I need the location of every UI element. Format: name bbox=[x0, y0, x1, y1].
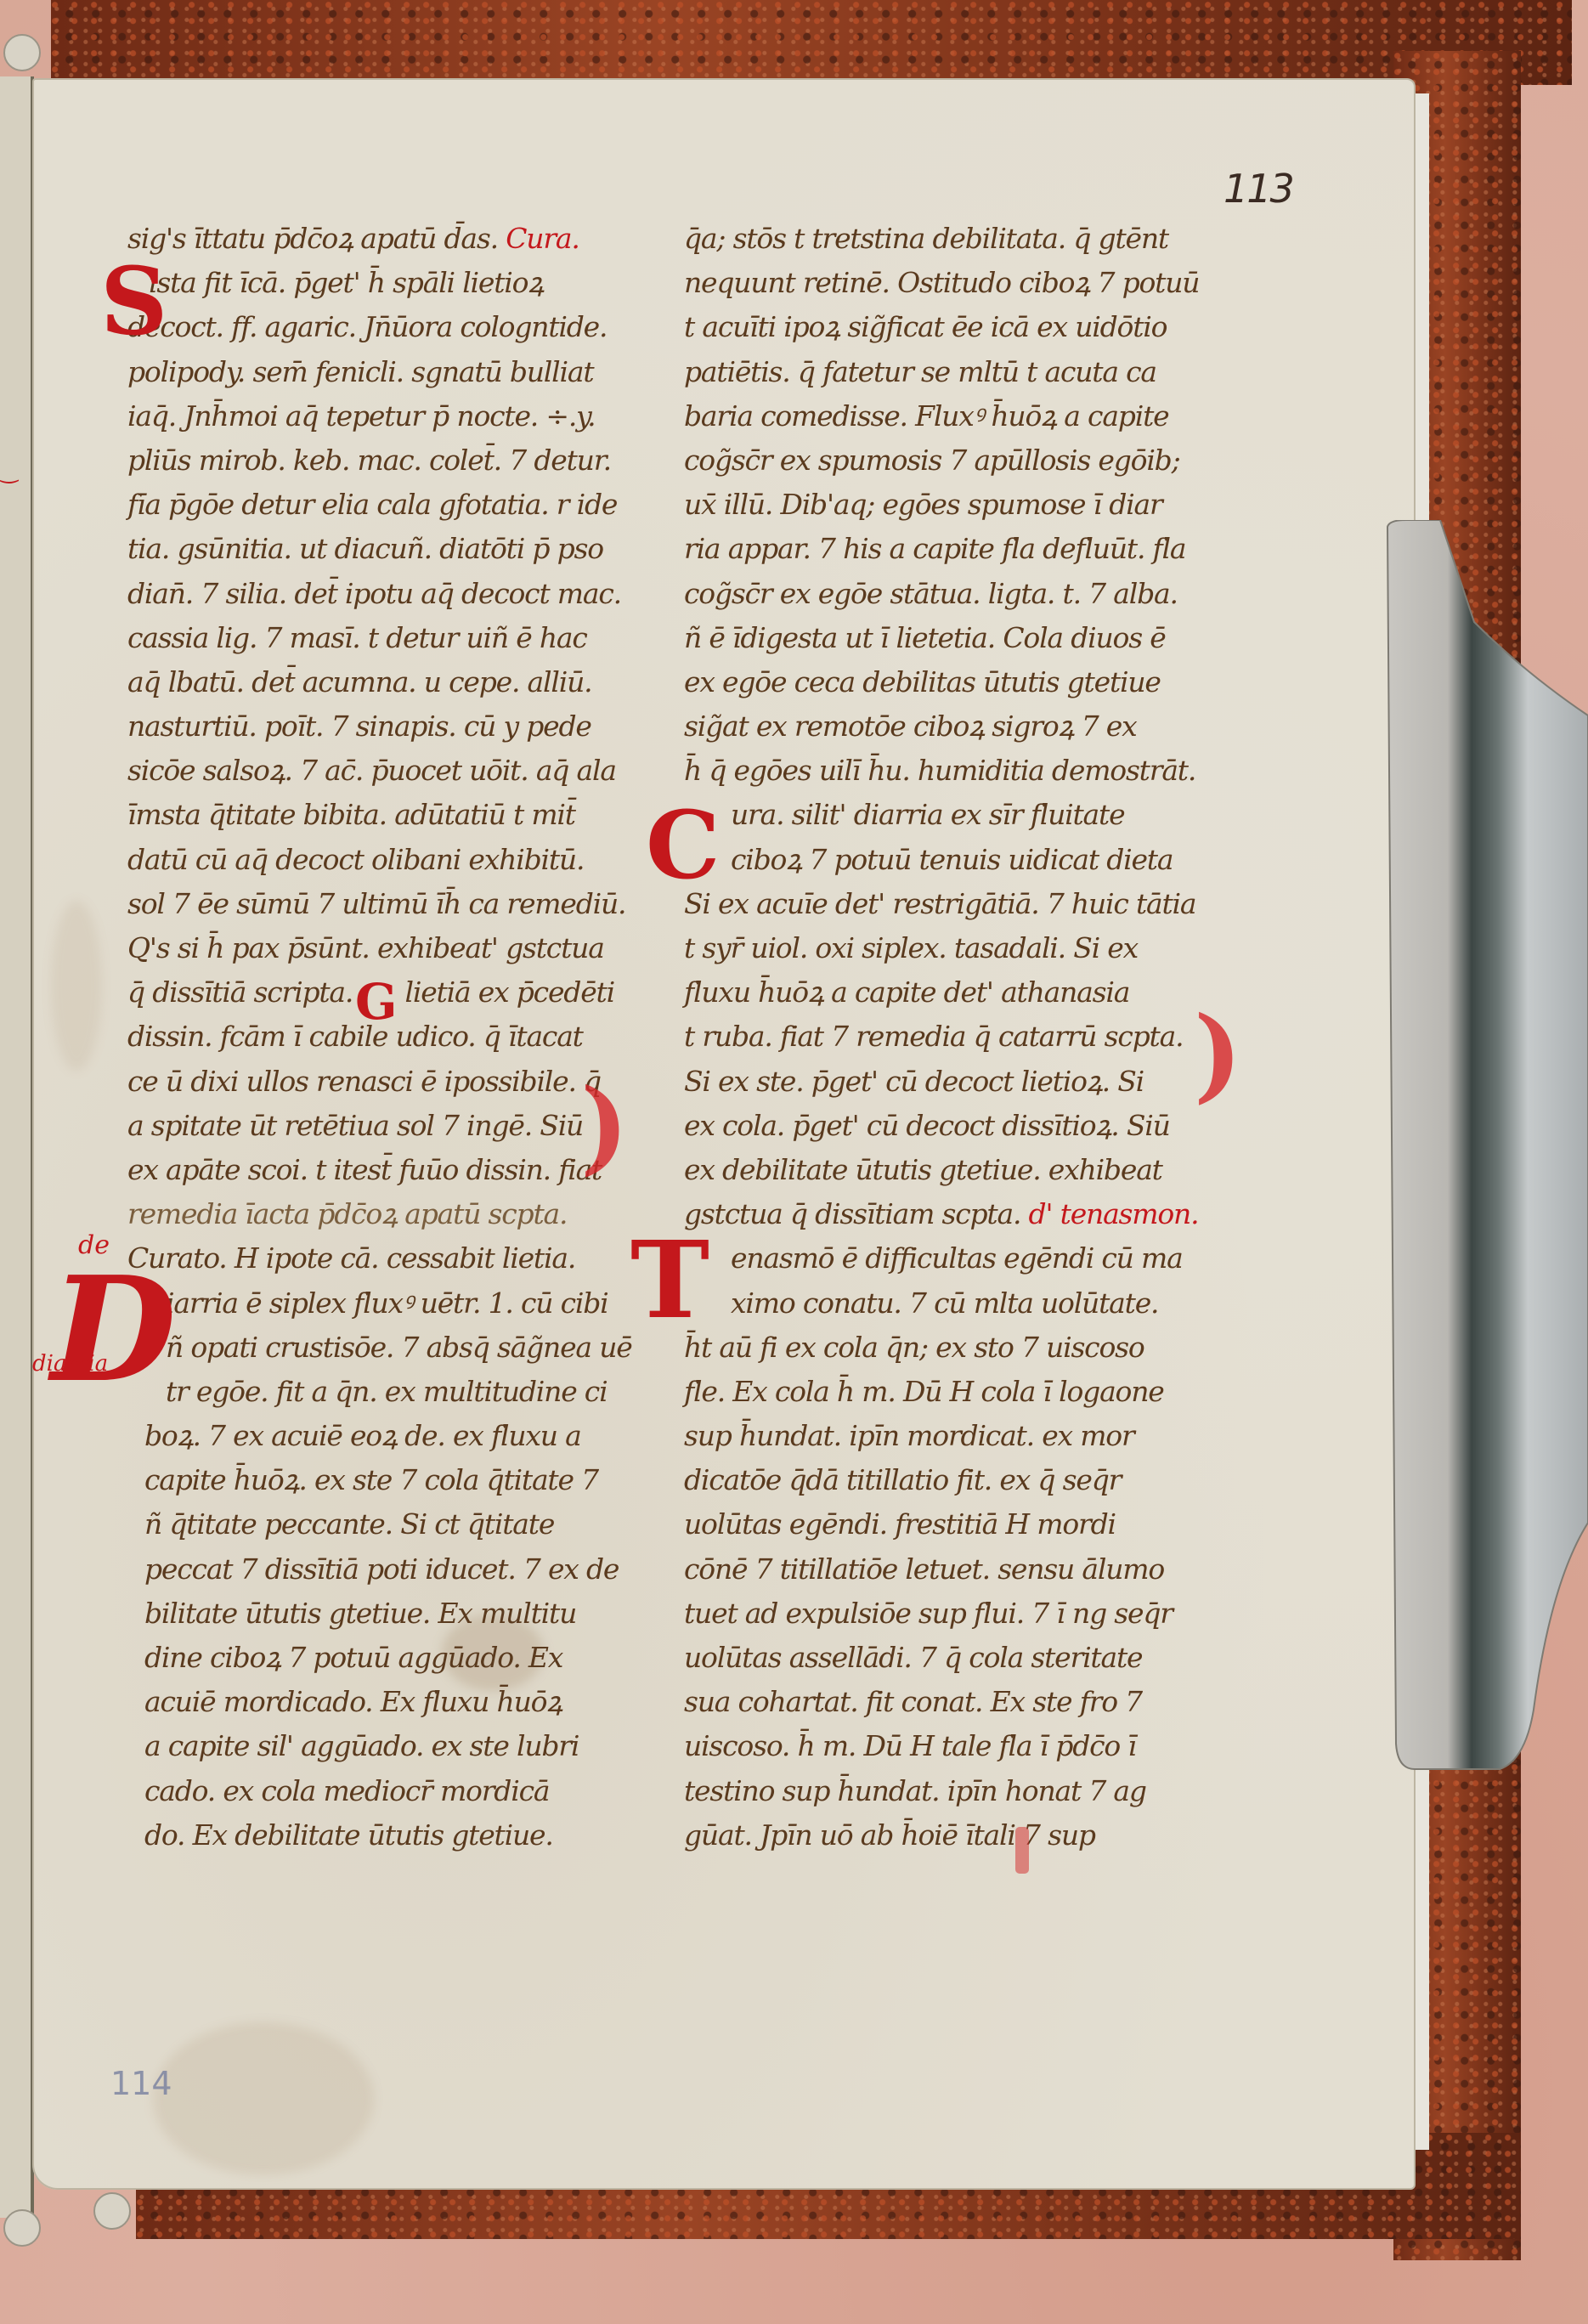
text-line: fīa p̄gōe detur elia cala gfotatia. r id… bbox=[127, 483, 654, 527]
text-line: ex apāte scoi. t itest̄ fuūo dissin. fia… bbox=[127, 1148, 654, 1192]
text-line: cog̃sc̄r ex spumosis 7 apūllosis egōib; bbox=[684, 438, 1270, 483]
text-line: baria comedisse. Fluxꝰ h̄uōꝝ a capite bbox=[684, 394, 1270, 438]
text-line: dine ciboꝝ 7 potuū aggūado. Ex bbox=[127, 1636, 654, 1680]
text-line: sol 7 ēe sūmū 7 ultimū īh̄ ca remediū. bbox=[127, 882, 654, 926]
text-column-right: q̄a; stōs t tretstina debilitata. q̄ gtē… bbox=[684, 217, 1270, 1858]
text-line: h̄ q̄ egōes uilī h̄u. humiditia demostrā… bbox=[684, 749, 1270, 793]
text-line: īmsta q̄titate bibita. adūtatiū t mit̄ bbox=[127, 793, 654, 837]
text-line: ux̄ illū. Dib'aq; egōes spumose ī diar bbox=[684, 483, 1270, 527]
text-line: t ruba. fiat 7 remedia q̄ catarrū scpta. bbox=[684, 1015, 1270, 1059]
text-line: ista fit īcā. p̄get' h̄ spāli lietioꝝ bbox=[127, 261, 654, 305]
rubricated-initial-d: D bbox=[51, 1258, 176, 1402]
text-line: ex debilitate ūtutis gtetiue. exhibeat bbox=[684, 1148, 1270, 1192]
text-line: sicōe salsoꝝ. 7 ac̄. p̄uocet uōit. aq̄ a… bbox=[127, 749, 654, 793]
rubric-cura: Cura. bbox=[506, 222, 579, 255]
corner-clasp-icon bbox=[3, 2209, 41, 2247]
text-line: Q's si h̄ pax p̄sūnt. exhibeat' gstctua bbox=[127, 926, 654, 970]
red-bracket-mark: ) bbox=[580, 1066, 629, 1186]
rubric-de-tenasmon: d' tenasmon. bbox=[1029, 1197, 1199, 1230]
text-column-left: sig's īttatu p̄dc̄oꝝ apatū d̄as. Cura. i… bbox=[127, 217, 654, 1858]
metal-clip bbox=[1381, 520, 1588, 1778]
text-line: q̄a; stōs t tretstina debilitata. q̄ gtē… bbox=[684, 217, 1270, 261]
text-line: ximo conatu. 7 cū mlta uolūtate. bbox=[684, 1281, 1270, 1326]
rubricated-initial-c: C bbox=[646, 799, 721, 892]
text-line: datū cū aq̄ decoct olibani exhibitū. bbox=[127, 838, 654, 882]
text-line: patiētis. q̄ fatetur se mltū t acuta ca bbox=[684, 350, 1270, 394]
text-line: nasturtiū. poīt. 7 sinapis. cū y pede bbox=[127, 704, 654, 749]
text-line: sup h̄undat. ipīn mordicat. ex mor bbox=[684, 1414, 1270, 1458]
folio-number: 113 bbox=[1223, 166, 1293, 212]
text-line: Curato. H ipote cā. cessabit lietia. bbox=[127, 1236, 654, 1281]
text-line: bilitate ūtutis gtetiue. Ex multitu bbox=[127, 1592, 654, 1636]
text-line: t acuīti ipoꝝ sig̃ficat ēe icā ex uidōti… bbox=[684, 305, 1270, 349]
text-line: enasmō ē difficultas egēndi cū ma bbox=[684, 1236, 1270, 1281]
text-line: cado. ex cola mediocr̄ mordicā bbox=[127, 1769, 654, 1813]
text-line: iaq̄. Jnh̄moi aq̄ tepetur p̄ nocte. ÷.y. bbox=[127, 394, 654, 438]
text-line: fluxu h̄uōꝝ a capite det' athanasia bbox=[684, 970, 1270, 1015]
text-line: decoct. ff. agaric. Jn̄ūora cologntide. bbox=[127, 305, 654, 349]
text-line: dicatōe q̄dā titillatio fit. ex q̄ seq̄r bbox=[684, 1458, 1270, 1502]
margin-rubric-de: de bbox=[78, 1230, 110, 1260]
pencil-folio-number: 114 bbox=[110, 2065, 172, 2102]
text-line: cōnē 7 titillatiōe letuet. sensu ālumo bbox=[684, 1547, 1270, 1592]
text-line: dian̄. 7 silia. det̄ ipotu aq̄ decoct ma… bbox=[127, 572, 654, 616]
red-bracket-mark: ) bbox=[1194, 994, 1242, 1114]
text-line: boꝝ. 7 ex acuiē eoꝝ de. ex fluxu a bbox=[127, 1414, 654, 1458]
facing-page-edge bbox=[0, 76, 34, 2218]
text-line: iarria ē siplex fluxꝰ uētr. 1. cū cibi bbox=[127, 1281, 654, 1326]
rubricated-initial-t: T bbox=[630, 1228, 709, 1334]
stain bbox=[153, 2022, 374, 2175]
text-line: cog̃sc̄r ex egōe stātua. ligta. t. 7 alb… bbox=[684, 572, 1270, 616]
rubricated-initial-s: S bbox=[100, 255, 167, 348]
text-line: uiscoso. h̄ m. Dū H tale fla ī p̄dc̄o ī bbox=[684, 1724, 1270, 1768]
text-line: h̄t aū fi ex cola q̄n; ex sto 7 uiscoso bbox=[684, 1326, 1270, 1370]
text-line: acuiē mordicado. Ex fluxu h̄uōꝝ bbox=[127, 1680, 654, 1724]
text-line: ria appar. 7 his a capite fla defluūt. f… bbox=[684, 527, 1270, 571]
text-line: ñ q̄titate peccante. Si ct q̄titate bbox=[127, 1502, 654, 1547]
red-ink-mark bbox=[1015, 1827, 1029, 1874]
text-line: ñ opati crustisōe. 7 absq̄ sāg̃nea uē bbox=[127, 1326, 654, 1370]
text-line: pliūs mirob. keb. mac. colet̄. 7 detur. bbox=[127, 438, 654, 483]
text-line: sig̃at ex remotōe ciboꝝ sigroꝝ 7 ex bbox=[684, 704, 1270, 749]
text-line: ura. silit' diarria ex sīr fluitate bbox=[684, 793, 1270, 837]
text-line: cassia lig. 7 masī. t detur uiñ ē hac bbox=[127, 616, 654, 660]
text-line: remedia īacta p̄dc̄oꝝ apatū scpta. bbox=[127, 1192, 654, 1236]
text-line: Si ex ste. p̄get' cū decoct lietioꝝ. Si bbox=[684, 1060, 1270, 1104]
text-line: ñ ē īdigesta ut ī lietetia. Cola diuos ē bbox=[684, 616, 1270, 660]
text-line: ce ū dixi ullos renasci ē ipossibile. q̄ bbox=[127, 1060, 654, 1104]
text-line: tr egōe. fit a q̄n. ex multitudine ci bbox=[127, 1370, 654, 1414]
text-line: do. Ex debilitate ūtutis gtetiue. bbox=[127, 1813, 654, 1858]
text-line: a capite sil' aggūado. ex ste lubri bbox=[127, 1724, 654, 1768]
text-line: tuet ad expulsiōe sup flui. 7 ī ng seq̄r bbox=[684, 1592, 1270, 1636]
text-line: nequunt retinē. Ostitudo ciboꝝ 7 potuū bbox=[684, 261, 1270, 305]
text-line: uolūtas assellādi. 7 q̄ cola steritate bbox=[684, 1636, 1270, 1680]
text-line: capite h̄uōꝝ. ex ste 7 cola q̄titate 7 bbox=[127, 1458, 654, 1502]
rusted-frame-top bbox=[51, 0, 1572, 85]
stain bbox=[51, 901, 102, 1071]
text-line: sig's īttatu p̄dc̄oꝝ apatū d̄as. Cura. bbox=[127, 217, 654, 261]
text-line: gstctua q̄ dissītiam scpta. d' tenasmon. bbox=[684, 1192, 1270, 1236]
text-line: tia. gsūnitia. ut diacuñ. diatōti p̄ pso bbox=[127, 527, 654, 571]
facing-page-rubric-fragment: ‿ bbox=[0, 459, 18, 484]
text-line: ciboꝝ 7 potuū tenuis uidicat dieta bbox=[684, 838, 1270, 882]
text-line: ex cola. p̄get' cū decoct dissītioꝝ. Siū bbox=[684, 1104, 1270, 1148]
text-line: peccat 7 dissītiā poti iducet. 7 ex de bbox=[127, 1547, 654, 1592]
text-line: aq̄ lbatū. det̄ acumna. u cepe. alliū. bbox=[127, 660, 654, 704]
corner-clasp-icon bbox=[93, 2192, 131, 2230]
text-line: polipody. sem̄ fenicli. sgnatū bulliat bbox=[127, 350, 654, 394]
text-line: a spitate ūt retētiua sol 7 ingē. Siū bbox=[127, 1104, 654, 1148]
margin-rubric-diarria: diarria bbox=[32, 1351, 108, 1377]
text-line: testino sup h̄undat. ipīn honat 7 ag bbox=[684, 1769, 1270, 1813]
text-line: ex egōe ceca debilitas ūtutis gtetiue bbox=[684, 660, 1270, 704]
text-line: sua cohartat. fit conat. Ex ste fro 7 bbox=[684, 1680, 1270, 1724]
text-line: t syr̄ uiol. oxi siplex. tasadali. Si ex bbox=[684, 926, 1270, 970]
text-line: Si ex acuīe det' restrigātiā. 7 huic tāt… bbox=[684, 882, 1270, 926]
text-line: gūat. Jpīn uō ab h̄oiē ītali 7 sup bbox=[684, 1813, 1270, 1858]
text-line: uolūtas egēndi. frestitiā H mordi bbox=[684, 1502, 1270, 1547]
corner-clasp-icon bbox=[3, 34, 41, 71]
text-line: fle. Ex cola h̄ m. Dū H cola ī logaone bbox=[684, 1370, 1270, 1414]
rubricated-initial-g: G bbox=[355, 977, 398, 1026]
